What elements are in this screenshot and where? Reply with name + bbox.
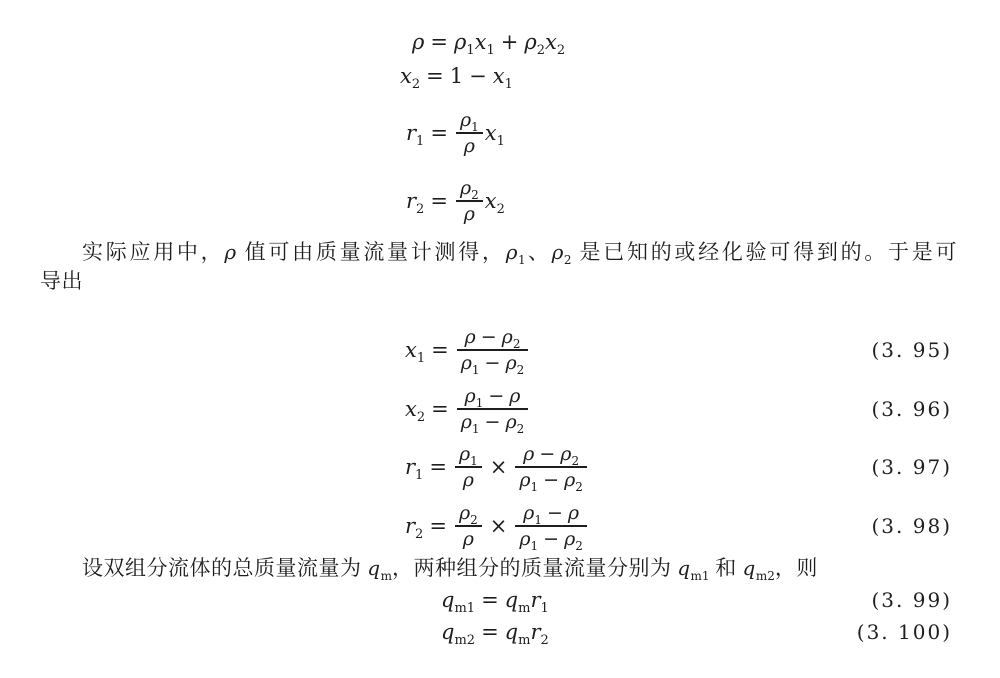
math-subscript: 1 bbox=[534, 513, 542, 527]
math-operator: = bbox=[429, 514, 447, 538]
paragraph-line: 实际应用中，ρ 值可由质量流量计测得，ρ1、ρ2 是已知的或经化验可得到的。于是… bbox=[40, 238, 957, 267]
math-variable: ρ1 bbox=[459, 443, 478, 465]
math-variable: r2 bbox=[405, 514, 423, 538]
math-operator: − bbox=[543, 528, 559, 550]
math-variable: x2 bbox=[400, 64, 420, 88]
math-fraction: ρ1−ρρ1−ρ2 bbox=[457, 385, 529, 433]
math-variable: ρ1 bbox=[519, 469, 538, 491]
math-variable: ρ2 bbox=[459, 502, 478, 524]
math-variable: ρ bbox=[463, 528, 474, 550]
equation-number-3-95: (3. 95) bbox=[872, 338, 953, 362]
document-page: ρ=ρ1x1+ρ2x2 x2=1−x1 r1=ρ1ρx1 r2=ρ2ρx2 实际… bbox=[0, 0, 1000, 678]
math-operator: = bbox=[431, 338, 449, 362]
math-variable: x1 bbox=[485, 121, 505, 145]
equation-row-3-98: r2=ρ2ρ×ρ1−ρρ1−ρ2 (3. 98) bbox=[0, 497, 1000, 555]
math-subscript: 2 bbox=[412, 77, 420, 92]
math-variable: x2 bbox=[545, 30, 565, 54]
fraction-numerator: ρ1 bbox=[455, 443, 482, 468]
equation-3-95: x1=ρ−ρ2ρ1−ρ2 bbox=[405, 326, 530, 374]
math-subscript: 1 bbox=[476, 396, 484, 410]
math-variable: ρ1 bbox=[523, 502, 542, 524]
math-variable: x1 bbox=[493, 64, 513, 88]
math-subscript: 2 bbox=[575, 539, 583, 553]
math-variable: qm2 bbox=[743, 556, 775, 580]
math-variable: ρ bbox=[523, 443, 534, 465]
math-operator: = bbox=[481, 588, 499, 612]
math-subscript: 2 bbox=[537, 43, 545, 58]
math-subscript: 1 bbox=[541, 601, 549, 616]
equation-x2-relation: x2=1−x1 bbox=[400, 47, 513, 105]
math-subscript: 2 bbox=[557, 43, 565, 58]
math-subscript: m bbox=[518, 601, 530, 616]
math-subscript: 1 bbox=[415, 468, 423, 483]
math-subscript: 1 bbox=[497, 134, 505, 149]
fraction-numerator: ρ2 bbox=[456, 177, 483, 202]
math-variable: 1 bbox=[450, 64, 463, 88]
math-subscript: 2 bbox=[416, 202, 424, 217]
equation-row-3-96: x2=ρ1−ρρ1−ρ2 (3. 96) bbox=[0, 380, 1000, 438]
paragraph-mass-flow: 设双组分流体的总质量流量为 qm，两种组分的质量流量分别为 qm1 和 qm2，… bbox=[40, 554, 957, 583]
math-variable: r2 bbox=[530, 620, 548, 644]
equation-3-99: qm1=qmr1 bbox=[441, 588, 549, 612]
math-subscript: 2 bbox=[517, 422, 525, 436]
math-variable: ρ bbox=[464, 135, 475, 157]
math-variable: x2 bbox=[485, 189, 505, 213]
math-variable: ρ2 bbox=[552, 240, 572, 264]
math-fraction: ρ1ρ bbox=[455, 443, 482, 491]
math-operator: × bbox=[490, 514, 508, 538]
fraction-denominator: ρ bbox=[460, 202, 479, 225]
math-variable: ρ1 bbox=[461, 352, 480, 374]
math-variable: ρ1 bbox=[461, 411, 480, 433]
math-variable: r2 bbox=[406, 189, 424, 213]
math-variable: ρ2 bbox=[560, 443, 579, 465]
math-operator: − bbox=[469, 64, 487, 88]
math-operator: − bbox=[481, 326, 497, 348]
math-subscript: 1 bbox=[470, 454, 478, 468]
equation-number-3-96: (3. 96) bbox=[872, 397, 953, 421]
math-operator: = bbox=[481, 620, 499, 644]
math-subscript: m2 bbox=[756, 569, 775, 583]
fraction-numerator: ρ2 bbox=[455, 502, 482, 527]
math-operator: − bbox=[485, 411, 501, 433]
text-run: 实际应用中， bbox=[82, 240, 224, 264]
math-operator: = bbox=[430, 121, 448, 145]
text-run: 是已知的或经化验可得到的。于是可 bbox=[572, 240, 958, 264]
math-subscript: 2 bbox=[571, 454, 579, 468]
equation-3-98: r2=ρ2ρ×ρ1−ρρ1−ρ2 bbox=[405, 502, 589, 550]
fraction-numerator: ρ1−ρ bbox=[457, 385, 529, 410]
math-operator: = bbox=[426, 64, 444, 88]
math-variable: ρ2 bbox=[505, 352, 524, 374]
equation-r2-definition: r2=ρ2ρx2 bbox=[406, 172, 505, 230]
math-subscript: 1 bbox=[416, 134, 424, 149]
math-operator: − bbox=[547, 502, 563, 524]
math-operator: × bbox=[490, 455, 508, 479]
text-run: 导出 bbox=[40, 269, 83, 293]
math-fraction: ρ−ρ2ρ1−ρ2 bbox=[515, 443, 587, 491]
math-variable: ρ2 bbox=[524, 30, 545, 54]
equation-3-97: r1=ρ1ρ×ρ−ρ2ρ1−ρ2 bbox=[405, 443, 589, 491]
fraction-denominator: ρ bbox=[459, 527, 478, 550]
math-variable: x2 bbox=[405, 397, 425, 421]
fraction-numerator: ρ−ρ2 bbox=[457, 326, 529, 351]
math-variable: r1 bbox=[406, 121, 424, 145]
equation-row-3-100: qm2=qmr2 (3. 100) bbox=[0, 617, 1000, 647]
equation-row-3-99: qm1=qmr1 (3. 99) bbox=[0, 585, 1000, 615]
math-variable: r1 bbox=[530, 588, 548, 612]
math-variable: ρ1 bbox=[506, 240, 526, 264]
fraction-denominator: ρ1−ρ2 bbox=[457, 410, 529, 433]
math-variable: ρ1 bbox=[465, 385, 484, 407]
fraction-numerator: ρ1−ρ bbox=[515, 502, 587, 527]
math-variable: qm bbox=[367, 556, 392, 580]
math-subscript: 1 bbox=[531, 480, 539, 494]
fraction-numerator: ρ−ρ2 bbox=[515, 443, 587, 468]
equation-row-3-95: x1=ρ−ρ2ρ1−ρ2 (3. 95) bbox=[0, 321, 1000, 379]
math-variable: qm bbox=[505, 620, 531, 644]
math-subscript: 1 bbox=[505, 77, 513, 92]
math-subscript: m1 bbox=[454, 601, 475, 616]
math-operator: = bbox=[431, 397, 449, 421]
equation-row-3-97: r1=ρ1ρ×ρ−ρ2ρ1−ρ2 (3. 97) bbox=[0, 438, 1000, 496]
math-subscript: 2 bbox=[541, 633, 549, 648]
math-subscript: 1 bbox=[471, 120, 479, 134]
math-fraction: ρ1ρ bbox=[456, 109, 483, 157]
math-variable: ρ bbox=[465, 326, 476, 348]
math-variable: qm1 bbox=[677, 556, 709, 580]
fraction-denominator: ρ1−ρ2 bbox=[457, 351, 529, 374]
math-subscript: 2 bbox=[470, 513, 478, 527]
math-variable: ρ2 bbox=[505, 411, 524, 433]
math-variable: ρ1 bbox=[519, 528, 538, 550]
math-variable: ρ bbox=[463, 469, 474, 491]
math-subscript: 2 bbox=[415, 527, 423, 542]
math-operator: − bbox=[488, 385, 504, 407]
math-fraction: ρ2ρ bbox=[455, 502, 482, 550]
equation-3-96: x2=ρ1−ρρ1−ρ2 bbox=[405, 385, 530, 433]
text-run: 值可由质量流量计测得， bbox=[237, 240, 506, 264]
math-variable: ρ bbox=[464, 203, 475, 225]
math-subscript: 2 bbox=[517, 363, 525, 377]
math-variable: qm bbox=[505, 588, 531, 612]
paragraph-application: 实际应用中，ρ 值可由质量流量计测得，ρ1、ρ2 是已知的或经化验可得到的。于是… bbox=[40, 238, 957, 296]
math-subscript: 1 bbox=[518, 253, 526, 267]
math-variable: ρ2 bbox=[564, 528, 583, 550]
math-variable: ρ2 bbox=[502, 326, 521, 348]
math-fraction: ρ−ρ2ρ1−ρ2 bbox=[457, 326, 529, 374]
math-operator: = bbox=[430, 189, 448, 213]
equation-number-3-98: (3. 98) bbox=[872, 514, 953, 538]
math-variable: ρ1 bbox=[460, 109, 479, 131]
math-subscript: 2 bbox=[417, 410, 425, 425]
text-run: 、 bbox=[526, 240, 552, 264]
math-variable: qm2 bbox=[441, 620, 475, 644]
math-operator: = bbox=[429, 455, 447, 479]
math-subscript: 2 bbox=[575, 480, 583, 494]
text-run: 设双组分流体的总质量流量为 bbox=[82, 556, 367, 580]
math-variable: ρ2 bbox=[460, 177, 479, 199]
math-operator: − bbox=[485, 352, 501, 374]
fraction-denominator: ρ1−ρ2 bbox=[515, 527, 587, 550]
equation-number-3-100: (3. 100) bbox=[857, 620, 952, 644]
equation-number-3-97: (3. 97) bbox=[872, 455, 953, 479]
math-subscript: 1 bbox=[417, 351, 425, 366]
fraction-denominator: ρ bbox=[460, 134, 479, 157]
math-variable: ρ bbox=[509, 385, 520, 407]
math-fraction: ρ1−ρρ1−ρ2 bbox=[515, 502, 587, 550]
math-subscript: m bbox=[381, 569, 392, 583]
text-run: ，则 bbox=[775, 556, 818, 580]
math-variable: ρ bbox=[568, 502, 579, 524]
paragraph-line: 导出 bbox=[40, 267, 957, 296]
math-subscript: 2 bbox=[513, 337, 521, 351]
text-run: ，两种组分的质量流量分别为 bbox=[392, 556, 677, 580]
math-subscript: 2 bbox=[497, 202, 505, 217]
equation-r1-definition: r1=ρ1ρx1 bbox=[406, 104, 505, 162]
math-subscript: m bbox=[518, 633, 530, 648]
math-variable: x1 bbox=[405, 338, 425, 362]
math-subscript: m1 bbox=[691, 569, 710, 583]
math-subscript: 2 bbox=[471, 188, 479, 202]
math-variable: ρ2 bbox=[564, 469, 583, 491]
math-variable: r1 bbox=[405, 455, 423, 479]
text-run: 和 bbox=[710, 556, 743, 580]
fraction-denominator: ρ bbox=[459, 468, 478, 491]
math-subscript: m2 bbox=[454, 633, 475, 648]
math-subscript: 1 bbox=[472, 422, 480, 436]
fraction-numerator: ρ1 bbox=[456, 109, 483, 134]
math-variable: qm1 bbox=[441, 588, 475, 612]
equation-number-3-99: (3. 99) bbox=[872, 588, 953, 612]
math-variable: ρ bbox=[224, 240, 236, 264]
equation-3-100: qm2=qmr2 bbox=[441, 620, 549, 644]
math-fraction: ρ2ρ bbox=[456, 177, 483, 225]
math-subscript: 1 bbox=[531, 539, 539, 553]
math-operator: − bbox=[539, 443, 555, 465]
math-operator: − bbox=[543, 469, 559, 491]
math-subscript: 1 bbox=[472, 363, 480, 377]
math-subscript: 2 bbox=[564, 253, 572, 267]
fraction-denominator: ρ1−ρ2 bbox=[515, 468, 587, 491]
